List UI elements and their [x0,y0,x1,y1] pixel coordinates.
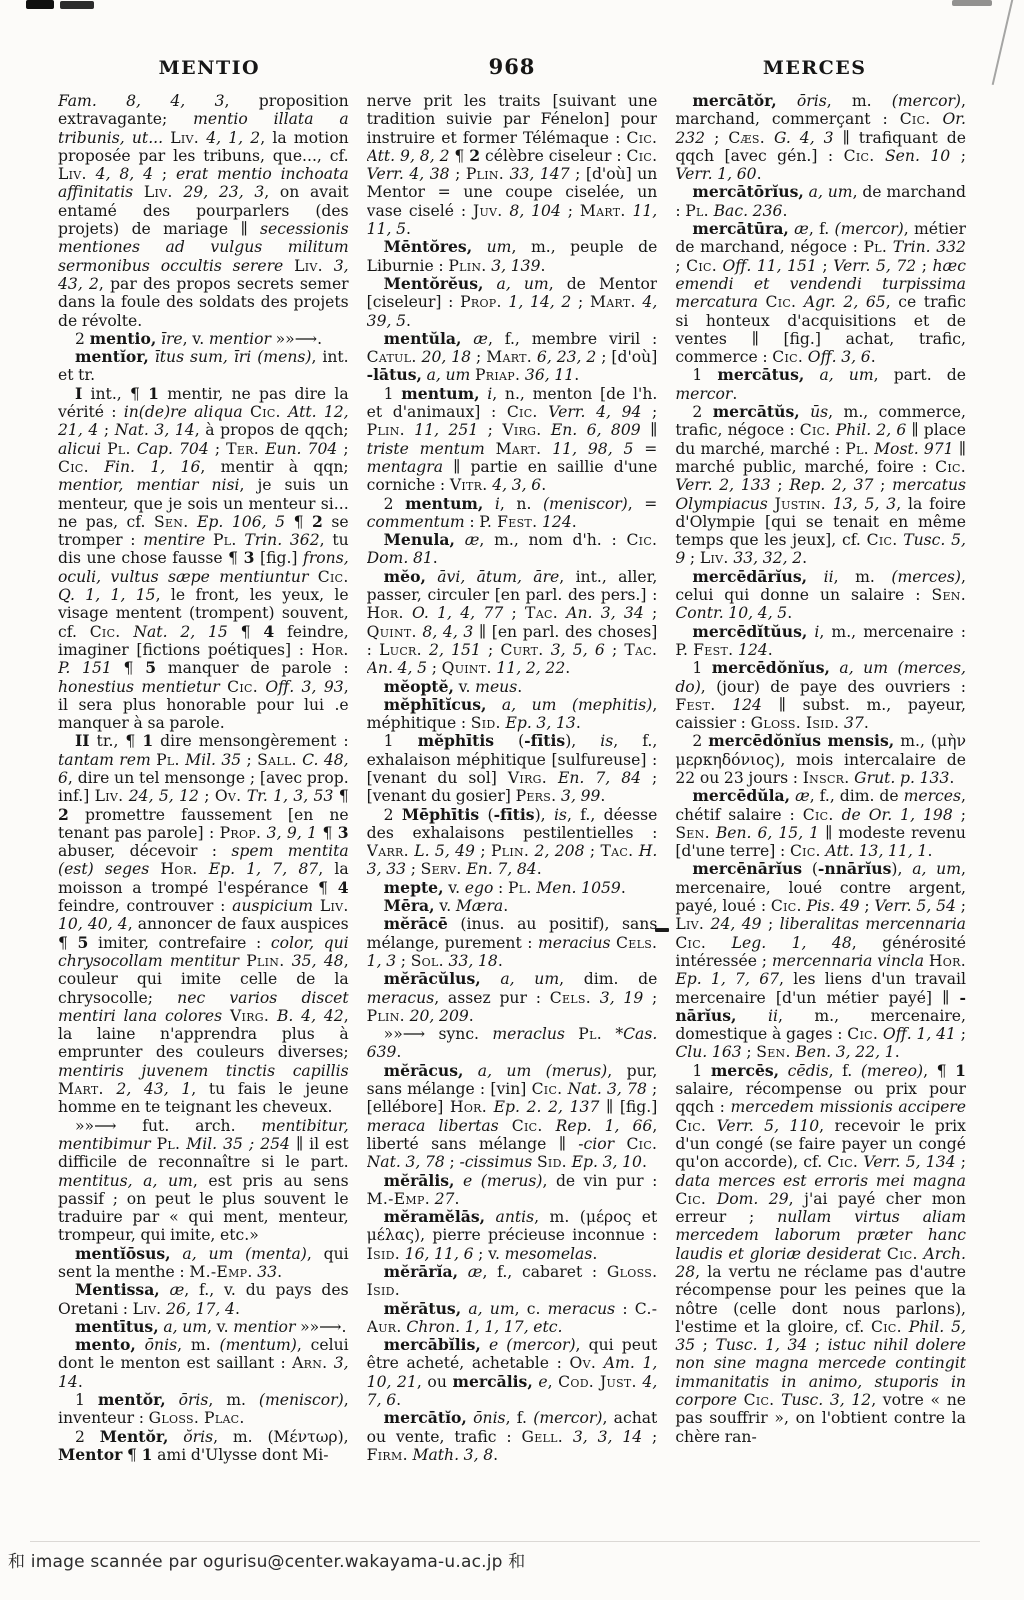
dictionary-paragraph: Mentissa, æ, f., v. du pays des Oretani … [58,1281,349,1318]
dictionary-paragraph: »»⟶ sync. meraclus Pl. *Cas. 639. [367,1025,658,1062]
scan-artifact-blob [26,0,54,9]
dictionary-paragraph: mercātūra, æ, f. (mercor), métier de mar… [675,220,966,366]
dictionary-paragraph: Fam. 8, 4, 3, proposition extravagante; … [58,92,349,330]
dictionary-paragraph: 2 mentio, īre, v. mentior »»⟶. [58,330,349,348]
dictionary-paragraph: mepte, v. ego : Pl. Men. 1059. [367,879,658,897]
dictionary-paragraph: 1 mentŏr, ōris, m. (meniscor), inventeur… [58,1391,349,1428]
dictionary-paragraph: mĕrācus, a, um (merus), pur, sans mélang… [367,1062,658,1172]
dictionary-paragraph: mĕrācŭlus, a, um, dim. de meracus, assez… [367,970,658,1025]
dictionary-paragraph: Mēntŏres, um, m., peuple de Liburnie : P… [367,238,658,275]
dictionary-paragraph: 2 Mēphītis (-fītis), is, f., déesse des … [367,806,658,879]
dictionary-paragraph: II tr., ¶ 1 dire mensongèrement : tantam… [58,732,349,1116]
dictionary-paragraph: I int., ¶ 1 mentir, ne pas dire la vérit… [58,385,349,733]
dictionary-paragraph: 2 mercātŭs, ūs, m., commerce, trafic, né… [675,403,966,568]
dictionary-paragraph: mĕrālis, e (merus), de vin pur : M.-Emp.… [367,1172,658,1209]
dictionary-paragraph: mento, ōnis, m. (mentum), celui dont le … [58,1336,349,1391]
scanned-dictionary-page: MENTIO 968 MERCES Fam. 8, 4, 3, proposit… [0,0,1024,1600]
dictionary-paragraph: 2 Mentŏr, ŏris, m. (Μέντωρ), Mentor ¶ 1 … [58,1428,349,1465]
dictionary-paragraph: mercēdĭtŭus, i, m., mercenaire : P. Fest… [675,623,966,660]
dictionary-paragraph: mĕrārĭa, æ, f., cabaret : Gloss. Isid. [367,1263,658,1300]
dictionary-paragraph: mĕramĕlās, antis, m. (μέρος et μέλας), p… [367,1208,658,1263]
dictionary-paragraph: nerve prit les traits [suivant une tradi… [367,92,658,238]
dictionary-paragraph: mĕoptĕ, v. meus. [367,678,658,696]
dictionary-paragraph: mercātĭo, ōnis, f. (mercor), achat ou ve… [367,1409,658,1464]
column-3: mercātŏr, ōris, m. (mercor), marchand, c… [675,92,966,1544]
dictionary-paragraph: 2 mercēdŏnĭus mensis, m., (μὴν μερκηδόνι… [675,732,966,787]
dictionary-paragraph: 1 mercēs, cēdis, f. (mereo), ¶ 1 salaire… [675,1062,966,1446]
dictionary-paragraph: mercātōrĭus, a, um, de marchand : Pl. Ba… [675,183,966,220]
dictionary-paragraph: mentītus, a, um, v. mentior »»⟶. [58,1318,349,1336]
dictionary-paragraph: Mēra, v. Mæra. [367,897,658,915]
dictionary-paragraph: mercēdārĭus, ii, m. (merces), celui qui … [675,568,966,623]
dictionary-paragraph: 1 mercēdŏnĭus, a, um (merces, do), (jour… [675,659,966,732]
scan-artifact-blob [952,0,992,6]
dictionary-paragraph: Mentŏrĕus, a, um, de Mentor [ciseleur] :… [367,275,658,330]
scan-artifact-diagonal-line [992,0,1015,85]
dictionary-text-columns: Fam. 8, 4, 3, proposition extravagante; … [58,92,966,1544]
dictionary-paragraph: mĕo, āvi, ātum, āre, int., aller, passer… [367,568,658,678]
dictionary-paragraph: »»⟶ fut. arch. mentibitur, mentibimur Pl… [58,1117,349,1245]
scanner-credit: 和 image scannée par ogurisu@center.wakay… [8,1547,525,1572]
dictionary-paragraph: 2 mentum, i, n. (meniscor), = commentum … [367,495,658,532]
dictionary-paragraph: mercābĭlis, e (mercor), qui peut être ac… [367,1336,658,1409]
dictionary-paragraph: mentĭor, ītus sum, īri (mens), int. et t… [58,348,349,385]
page-number: 968 [361,54,664,79]
column-2: nerve prit les traits [suivant une tradi… [367,92,658,1544]
dictionary-paragraph: Menula, æ, m., nom d'h. : Cic. Dom. 81. [367,531,658,568]
header-guide-word-right: MERCES [663,57,966,79]
dictionary-paragraph: 1 mercātus, a, um, part. de mercor. [675,366,966,403]
dictionary-paragraph: mĕrācē (inus. au positif), sans mélange,… [367,915,658,970]
dictionary-paragraph: mercēdŭla, æ, f., dim. de merces, chétif… [675,787,966,860]
header-guide-word-left: MENTIO [58,57,361,79]
column-1: Fam. 8, 4, 3, proposition extravagante; … [58,92,349,1544]
scan-artifact-blob [60,1,94,9]
page-header: MENTIO 968 MERCES [58,54,966,79]
dictionary-paragraph: mĕrātus, a, um, c. meracus : C.-Aur. Chr… [367,1300,658,1337]
dictionary-paragraph: mentĭōsus, a, um (menta), qui sent la me… [58,1245,349,1282]
dictionary-paragraph: mercēnārĭus (-nnārĭus), a, um, mercenair… [675,860,966,1061]
dictionary-paragraph: 1 mĕphītis (-fītis), is, f., exhalaison … [367,732,658,805]
dictionary-paragraph: mercātŏr, ōris, m. (mercor), marchand, c… [675,92,966,183]
dictionary-paragraph: 1 mentum, i, n., menton [de l'h. et d'an… [367,385,658,495]
dictionary-paragraph: mĕphītĭcus, a, um (mephitis), méphitique… [367,696,658,733]
dictionary-paragraph: mentŭla, æ, f., membre viril : Catul. 20… [367,330,658,385]
